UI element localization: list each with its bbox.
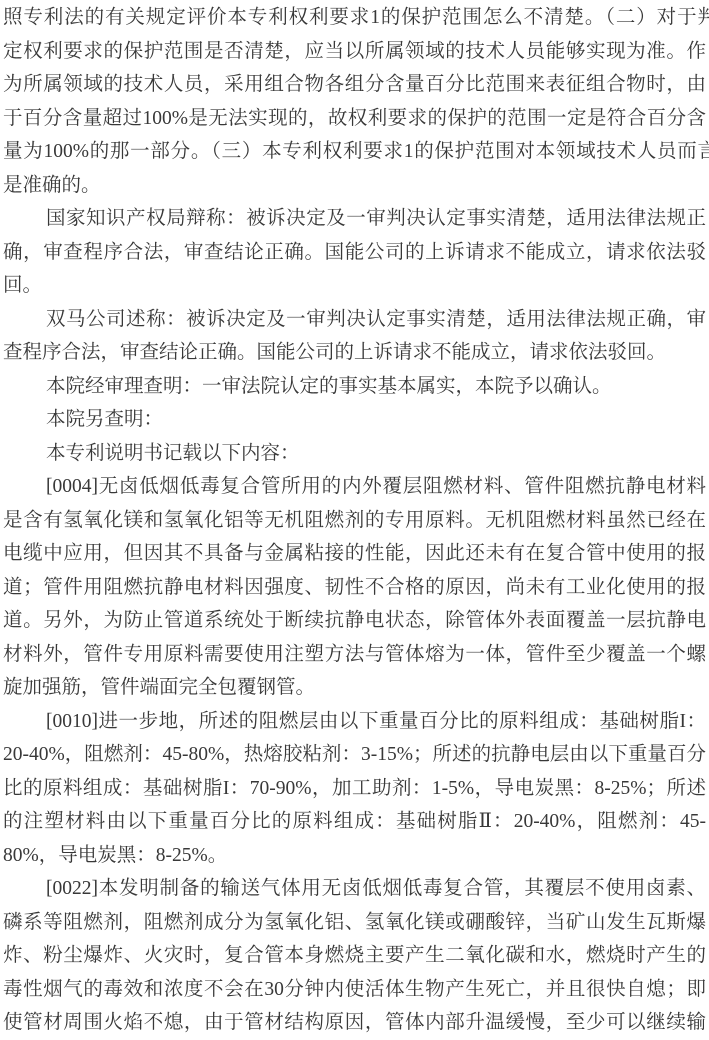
text-line: 道；管件用阻燃抗静电材料因强度、韧性不合格的原因，尚未有工业化使用的报 bbox=[3, 571, 706, 605]
text-line: 炸、粉尘爆炸、火灾时，复合管本身燃烧主要产生二氧化碳和水，燃烧时产生的 bbox=[3, 939, 706, 973]
text-line: 国家知识产权局辩称：被诉决定及一审判决认定事实清楚，适用法律法规正 bbox=[3, 202, 706, 236]
text-line: 本院经审理查明：一审法院认定的事实基本属实，本院予以确认。 bbox=[3, 370, 709, 404]
text-line: 确，审查程序合法，审查结论正确。国能公司的上诉请求不能成立，请求依法驳 bbox=[3, 236, 706, 270]
text-line: 定权利要求的保护范围是否清楚，应当以所属领域的技术人员能够实现为准。作 bbox=[3, 35, 706, 69]
text-line: 使管材周围火焰不熄，由于管材结构原因，管体内部升温缓慢，至少可以继续输 bbox=[3, 1006, 706, 1040]
text-line: 道。另外，为防止管道系统处于断续抗静电状态，除管体外表面覆盖一层抗静电 bbox=[3, 604, 706, 638]
text-line: 为所属领域的技术人员，采用组合物各组分含量百分比范围来表征组合物时，由 bbox=[3, 68, 706, 102]
text-line: 本专利说明书记载以下内容： bbox=[3, 437, 709, 471]
document-text-body: 照专利法的有关规定评价本专利权利要求1的保护范围怎么不清楚。（二）对于判定权利要… bbox=[0, 0, 709, 1040]
text-line: 量为100%的那一部分。（三）本专利权利要求1的保护范围对本领域技术人员而言 bbox=[3, 135, 709, 169]
text-line: 20-40%，阻燃剂：45-80%，热熔胶粘剂：3-15%；所述的抗静电层由以下… bbox=[3, 738, 706, 772]
text-line: 双马公司述称：被诉决定及一审判决认定事实清楚，适用法律法规正确，审 bbox=[3, 303, 706, 337]
text-line: 是含有氢氧化镁和氢氧化铝等无机阻燃剂的专用原料。无机阻燃材料虽然已经在 bbox=[3, 504, 706, 538]
text-line: [0010]进一步地，所述的阻燃层由以下重量百分比的原料组成：基础树脂I： bbox=[3, 705, 706, 739]
text-line: 80%，导电炭黑：8-25%。 bbox=[3, 839, 709, 873]
text-line: 旋加强筋，管件端面完全包覆钢管。 bbox=[3, 671, 709, 705]
document-page: 照专利法的有关规定评价本专利权利要求1的保护范围怎么不清楚。（二）对于判定权利要… bbox=[0, 0, 709, 1040]
text-line: 的注塑材料由以下重量百分比的原料组成：基础树脂Ⅱ：20-40%，阻燃剂：45- bbox=[3, 805, 706, 839]
text-line: [0022]本发明制备的输送气体用无卤低烟低毒复合管，其覆层不使用卤素、 bbox=[3, 872, 706, 906]
text-line: 本院另查明： bbox=[3, 403, 709, 437]
text-line: 查程序合法，审查结论正确。国能公司的上诉请求不能成立，请求依法驳回。 bbox=[3, 336, 709, 370]
text-line: 于百分含量超过100%是无法实现的，故权利要求的保护的范围一定是符合百分含 bbox=[3, 102, 706, 136]
text-line: 电缆中应用，但因其不具备与金属粘接的性能，因此还未有在复合管中使用的报 bbox=[3, 537, 706, 571]
text-line: 比的原料组成：基础树脂I：70-90%，加工助剂：1-5%，导电炭黑：8-25%… bbox=[3, 772, 706, 806]
text-line: 照专利法的有关规定评价本专利权利要求1的保护范围怎么不清楚。（二）对于判 bbox=[3, 1, 709, 35]
text-line: 是准确的。 bbox=[3, 169, 709, 203]
text-line: 毒性烟气的毒效和浓度不会在30分钟内使活体生物产生死亡，并且很快自熄；即 bbox=[3, 973, 706, 1007]
text-line: 材料外，管件专用原料需要使用注塑方法与管体熔为一体，管件至少覆盖一个螺 bbox=[3, 638, 706, 672]
text-line: [0004]无卤低烟低毒复合管所用的内外覆层阻燃材料、管件阻燃抗静电材料 bbox=[3, 470, 706, 504]
text-line: 磷系等阻燃剂，阻燃剂成分为氢氧化铝、氢氧化镁或硼酸锌，当矿山发生瓦斯爆 bbox=[3, 906, 706, 940]
text-line: 回。 bbox=[3, 269, 709, 303]
